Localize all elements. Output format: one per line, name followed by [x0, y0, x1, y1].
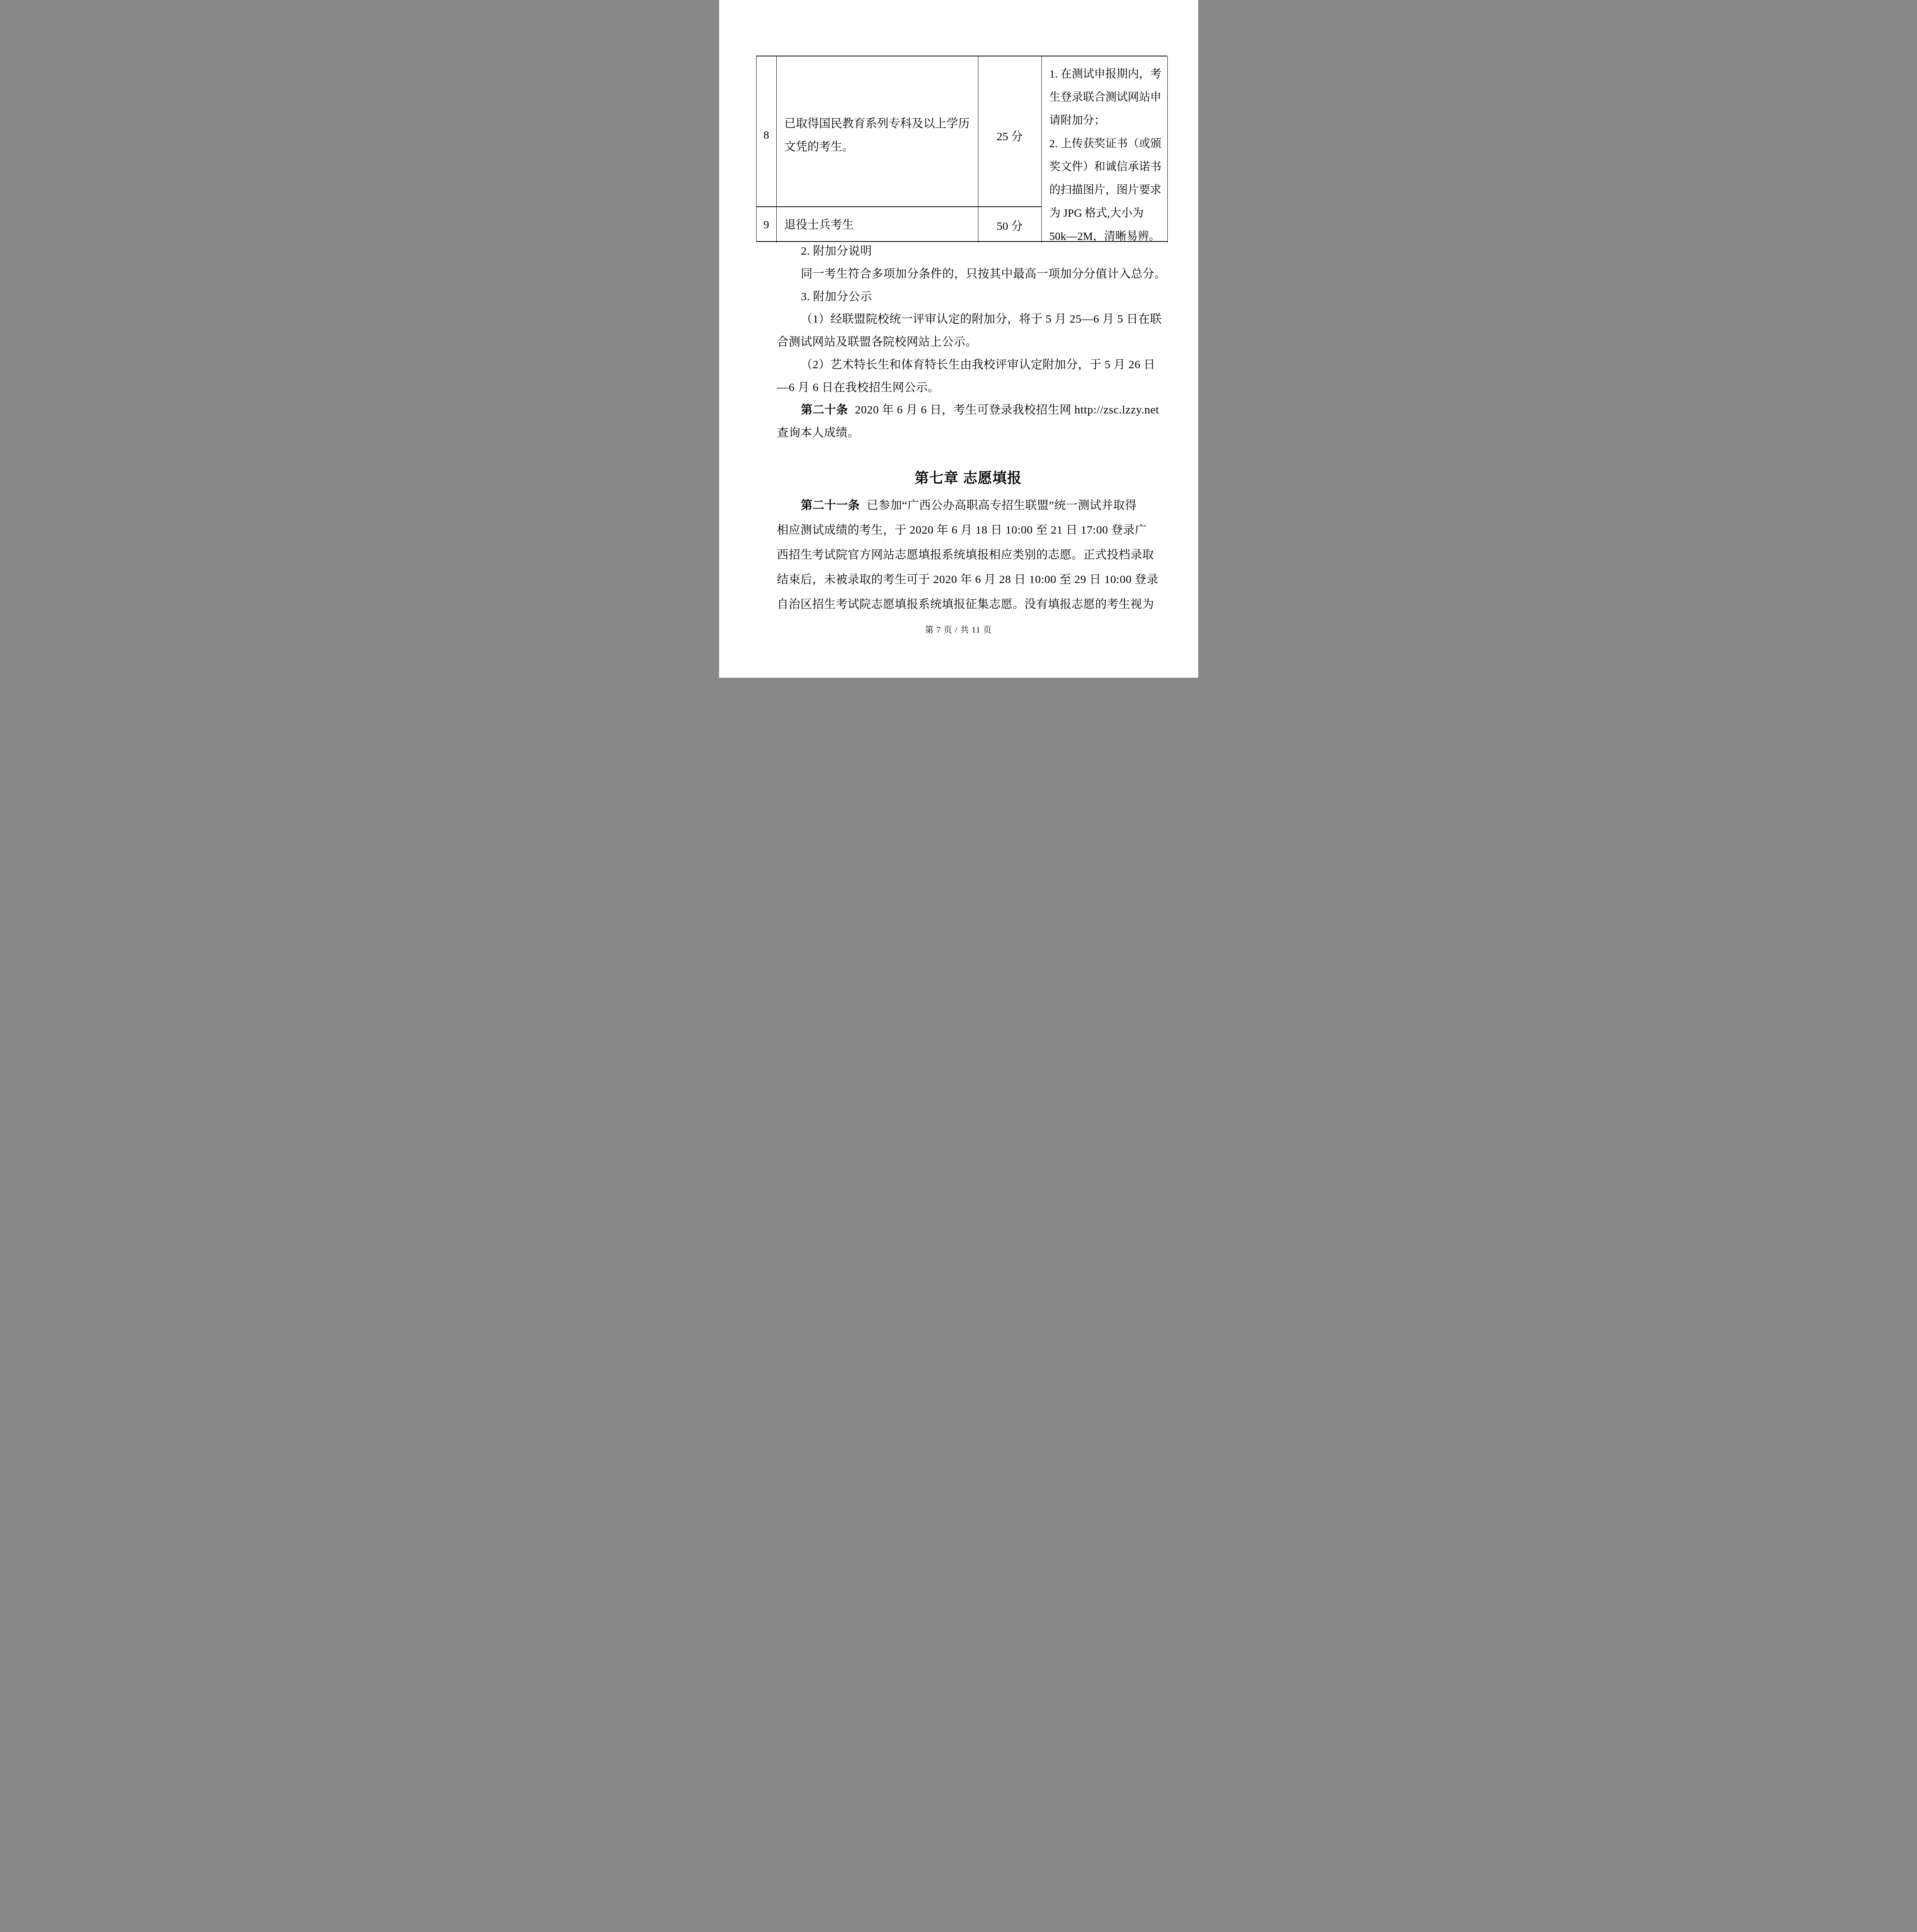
- table-row9-score: 50 分: [978, 207, 1042, 243]
- article20-line1: 第二十条2020 年 6 月 6 日，考生可登录我校招生网 http://zsc…: [777, 398, 1160, 422]
- article21-line5: 自治区招生考试院志愿填报系统填报征集志愿。没有填报志愿的考生视为: [777, 593, 1160, 616]
- chapter-heading: 第七章 志愿填报: [777, 465, 1160, 492]
- document-page: 8 已取得国民教育系列专科及以上学历文凭的考生。 25 分 1. 在测试申报期内…: [719, 0, 1198, 678]
- note2-text: 同一考生符合多项加分条件的，只按其中最高一项加分分值计入总分。: [777, 262, 1160, 286]
- table-row8-description: 已取得国民教育系列专科及以上学历文凭的考生。: [777, 56, 978, 207]
- paragraph2-line1: （2）艺术特长生和体育特长生由我校评审认定附加分，于 5 月 26 日: [777, 353, 1160, 376]
- table-notes-cell: 1. 在测试申报期内，考生登录联合测试网站申请附加分； 2. 上传获奖证书（或颁…: [1042, 56, 1168, 243]
- table-note-item1: 1. 在测试申报期内，考生登录联合测试网站申请附加分；: [1050, 63, 1162, 132]
- table-note-item2: 2. 上传获奖证书（或颁奖文件）和诚信承诺书的扫描图片，图片要求为 JPG 格式…: [1050, 132, 1162, 243]
- page-number-footer: 第 7 页 / 共 11 页: [719, 622, 1198, 638]
- paragraph1-line2: 合测试网站及联盟各院校网站上公示。: [777, 330, 1160, 354]
- table-row9-number: 9: [757, 207, 777, 243]
- article20-line1-text: 2020 年 6 月 6 日，考生可登录我校招生网 http://zsc.lzz…: [855, 403, 1159, 416]
- article21-line4: 结束后，未被录取的考生可于 2020 年 6 月 28 日 10:00 至 29…: [777, 568, 1160, 591]
- article21-label: 第二十一条: [801, 499, 860, 512]
- table-row8-number: 8: [757, 56, 777, 207]
- article20-label: 第二十条: [801, 403, 848, 416]
- table-row9-description: 退役士兵考生: [777, 207, 978, 243]
- bonus-score-table: 8 已取得国民教育系列专科及以上学历文凭的考生。 25 分 1. 在测试申报期内…: [756, 56, 1167, 242]
- paragraph1-line1: （1）经联盟院校统一评审认定的附加分，将于 5 月 25—6 月 5 日在联: [777, 308, 1160, 331]
- article21-line2: 相应测试成绩的考生，于 2020 年 6 月 18 日 10:00 至 21 日…: [777, 519, 1160, 542]
- note3-title: 3. 附加分公示: [777, 285, 1160, 308]
- article21-line3: 西招生考试院官方网站志愿填报系统填报相应类别的志愿。正式投档录取: [777, 543, 1160, 566]
- paragraph2-line2: —6 月 6 日在我校招生网公示。: [777, 376, 1160, 399]
- note2-title: 2. 附加分说明: [777, 240, 1160, 263]
- article21-line1: 第二十一条已参加“广西公办高职高专招生联盟”统一测试并取得: [777, 494, 1160, 517]
- table-row8-score: 25 分: [978, 56, 1042, 207]
- article20-line2: 查询本人成绩。: [777, 421, 1160, 444]
- article21-line1-text: 已参加“广西公办高职高专招生联盟”统一测试并取得: [867, 499, 1137, 512]
